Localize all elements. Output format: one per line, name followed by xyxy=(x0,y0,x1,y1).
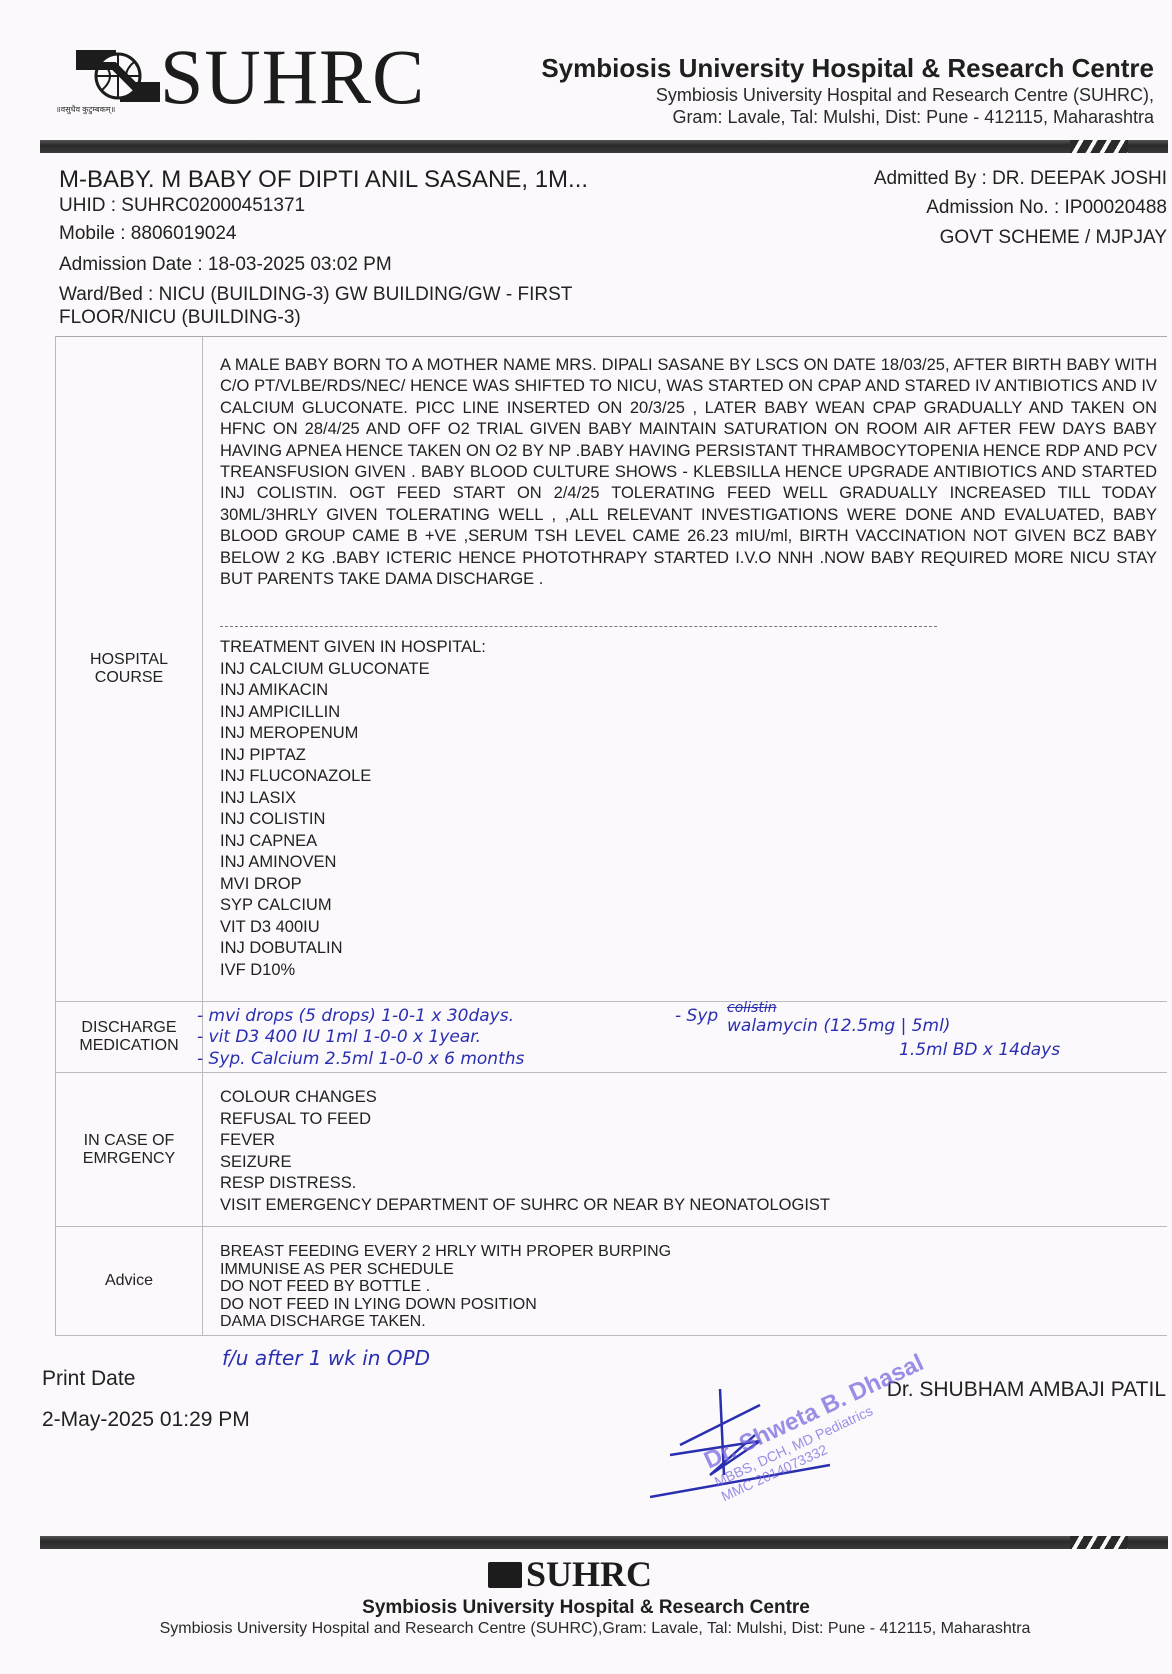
advice-item: DO NOT FEED IN LYING DOWN POSITION xyxy=(220,1296,1167,1314)
footer-hospital-name: Symbiosis University Hospital & Research… xyxy=(0,1597,1172,1619)
treatment-item: INJ CALCIUM GLUCONATE xyxy=(220,659,1157,681)
ward-bed-continued: FLOOR/NICU (BUILDING-3) xyxy=(59,307,301,329)
patient-uhid: UHID : SUHRC02000451371 xyxy=(59,195,305,217)
emergency-item: REFUSAL TO FEED xyxy=(220,1109,1167,1131)
advice-label: Advice xyxy=(55,1227,203,1335)
med-line: - Syp. Calcium 2.5ml 1-0-0 x 6 months xyxy=(197,1049,524,1069)
payment-scheme: GOVT SCHEME / MJPJAY xyxy=(940,227,1167,249)
footer-logo: SUHRC xyxy=(488,1553,652,1595)
treatment-item: INJ FLUCONAZOLE xyxy=(220,766,1157,788)
treatment-item: MVI DROP xyxy=(220,874,1157,896)
treatment-item: INJ DOBUTALIN xyxy=(220,938,1157,960)
footer-address: Symbiosis University Hospital and Resear… xyxy=(60,1619,1130,1638)
patient-mobile: Mobile : 8806019024 xyxy=(59,223,236,245)
hospital-course-narrative: A MALE BABY BORN TO A MOTHER NAME MRS. D… xyxy=(220,355,1157,590)
discharge-summary-table: HOSPITALCOURSE A MALE BABY BORN TO A MOT… xyxy=(55,336,1167,1336)
emergency-item: FEVER xyxy=(220,1130,1167,1152)
advice-item: BREAST FEEDING EVERY 2 HRLY WITH PROPER … xyxy=(220,1243,1167,1261)
advice-item: DO NOT FEED BY BOTTLE . xyxy=(220,1278,1167,1296)
med-line: - Syp xyxy=(675,1006,718,1026)
admission-date: Admission Date : 18-03-2025 03:02 PM xyxy=(59,254,392,276)
emergency-item: SEIZURE xyxy=(220,1152,1167,1174)
emergency-list: COLOUR CHANGESREFUSAL TO FEEDFEVERSEIZUR… xyxy=(203,1073,1167,1226)
treatment-item: VIT D3 400IU xyxy=(220,917,1157,939)
treatment-item: SYP CALCIUM xyxy=(220,895,1157,917)
med-line: walamycin (12.5mg | 5ml) xyxy=(727,1016,950,1036)
discharge-medication-label: DISCHARGEMEDICATION xyxy=(55,1002,203,1072)
treatment-item: INJ LASIX xyxy=(220,788,1157,810)
hospital-course-row: HOSPITALCOURSE A MALE BABY BORN TO A MOT… xyxy=(55,337,1167,1002)
print-date-label: Print Date xyxy=(42,1367,135,1391)
emergency-row: IN CASE OFEMRGENCY COLOUR CHANGESREFUSAL… xyxy=(55,1073,1167,1227)
treatment-item: IVF D10% xyxy=(220,960,1157,982)
footer-globe-icon xyxy=(488,1562,522,1588)
treatment-item: INJ AMPICILLIN xyxy=(220,702,1157,724)
treatment-heading: TREATMENT GIVEN IN HOSPITAL: xyxy=(220,637,1157,659)
advice-item: IMMUNISE AS PER SCHEDULE xyxy=(220,1261,1167,1279)
advice-item: DAMA DISCHARGE TAKEN. xyxy=(220,1313,1167,1331)
suhrc-globe-logo-icon xyxy=(74,46,164,108)
advice-row: Advice BREAST FEEDING EVERY 2 HRLY WITH … xyxy=(55,1227,1167,1336)
logo-motto: ॥वसुधैव कुटुम्बकम्॥ xyxy=(56,104,115,115)
discharge-medication-row: DISCHARGEMEDICATION - mvi drops (5 drops… xyxy=(55,1002,1167,1073)
hospital-course-label: HOSPITALCOURSE xyxy=(55,337,203,1001)
med-line: - mvi drops (5 drops) 1-0-1 x 30days. xyxy=(197,1006,514,1026)
follow-up-note: f/u after 1 wk in OPD xyxy=(222,1346,430,1370)
treatment-item: INJ CAPNEA xyxy=(220,831,1157,853)
treatment-item: INJ PIPTAZ xyxy=(220,745,1157,767)
header-divider-band xyxy=(40,140,1168,153)
med-line: 1.5ml BD x 14days xyxy=(899,1040,1060,1060)
hospital-course-content: A MALE BABY BORN TO A MOTHER NAME MRS. D… xyxy=(203,337,1167,1001)
treatment-item: INJ COLISTIN xyxy=(220,809,1157,831)
hospital-name: Symbiosis University Hospital & Research… xyxy=(541,53,1154,84)
ward-bed: Ward/Bed : NICU (BUILDING-3) GW BUILDING… xyxy=(59,284,572,306)
treatment-item: INJ AMINOVEN xyxy=(220,852,1157,874)
hospital-address: Gram: Lavale, Tal: Mulshi, Dist: Pune - … xyxy=(672,107,1154,128)
admission-number: Admission No. : IP00020488 xyxy=(926,197,1167,219)
emergency-item: VISIT EMERGENCY DEPARTMENT OF SUHRC OR N… xyxy=(220,1195,1167,1217)
treatment-list: TREATMENT GIVEN IN HOSPITAL: INJ CALCIUM… xyxy=(220,637,1157,1001)
discharge-medication-handwritten: - mvi drops (5 drops) 1-0-1 x 30days. - … xyxy=(203,1002,1167,1072)
logo-wordmark: SUHRC xyxy=(160,38,425,116)
patient-name: M-BABY. M BABY OF DIPTI ANIL SASANE, 1M.… xyxy=(59,166,588,194)
dashed-divider xyxy=(220,626,937,627)
print-date-value: 2-May-2025 01:29 PM xyxy=(42,1408,250,1432)
admitted-by: Admitted By : DR. DEEPAK JOSHI xyxy=(874,168,1167,190)
struck-word: colistin xyxy=(727,1000,777,1016)
treatment-item: INJ MEROPENUM xyxy=(220,723,1157,745)
treatment-item: INJ AMIKACIN xyxy=(220,680,1157,702)
emergency-label: IN CASE OFEMRGENCY xyxy=(55,1073,203,1226)
advice-list: BREAST FEEDING EVERY 2 HRLY WITH PROPER … xyxy=(203,1227,1167,1335)
footer-divider-band xyxy=(40,1536,1168,1549)
emergency-item: COLOUR CHANGES xyxy=(220,1087,1167,1109)
med-line: - vit D3 400 IU 1ml 1-0-0 x 1year. xyxy=(197,1027,481,1047)
emergency-item: RESP DISTRESS. xyxy=(220,1173,1167,1195)
hospital-subtitle: Symbiosis University Hospital and Resear… xyxy=(656,85,1154,106)
